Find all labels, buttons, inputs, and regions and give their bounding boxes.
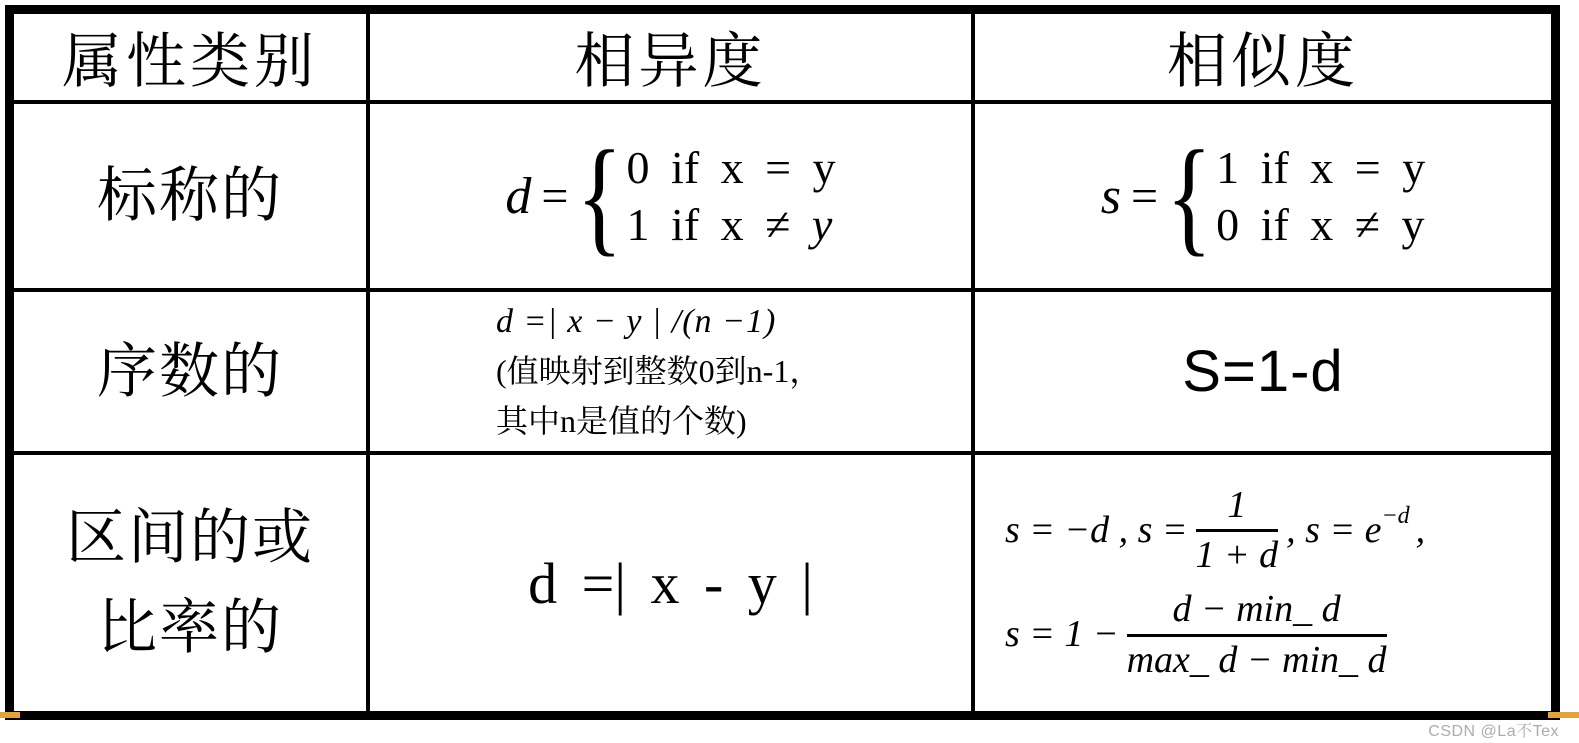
- sim-line1-part1: s = −d , s =: [1005, 509, 1188, 553]
- header-dissimilarity: 相异度: [370, 14, 975, 104]
- row-interval-ratio-label-cell: 区间的或 比率的: [14, 455, 370, 711]
- header-attribute-type-label: 属性类别: [62, 14, 318, 100]
- ordinal-similarity-formula: S=1-d: [1182, 338, 1343, 405]
- interval-ratio-dissimilarity-formula: d =| x - y |: [528, 550, 813, 617]
- row-interval-ratio-similarity-cell: s = −d , s = 1 1 + d , s = e −d , s = 1 …: [975, 455, 1551, 711]
- case-bottom-var: y: [812, 199, 832, 250]
- ordinal-dissimilarity-formula: d =| x − y | /(n −1): [496, 296, 776, 347]
- fraction-denominator: max_ d − min_ d: [1127, 637, 1387, 683]
- fraction-numerator: d − min_ d: [1127, 588, 1387, 637]
- slide: 属性类别 相异度 相似度 标称的 d = { 0 if x = y 1 if x…: [0, 0, 1579, 743]
- sim-line1-part2: , s = e: [1286, 509, 1381, 553]
- fraction-denominator: 1 + d: [1196, 532, 1279, 578]
- case-top: 0 if x = y: [627, 139, 836, 197]
- header-similarity: 相似度: [975, 14, 1551, 104]
- header-similarity-label: 相似度: [1167, 14, 1359, 100]
- cases-lines: 1 if x = y 0 if x ≠ y: [1216, 139, 1425, 254]
- row-ordinal-dissimilarity-cell: d =| x − y | /(n −1) (值映射到整数0到n-1， 其中n是值…: [370, 292, 975, 455]
- interval-ratio-similarity-line2: s = 1 − d − min_ d max_ d − min_ d: [1005, 588, 1395, 682]
- row-ordinal-label: 序数的: [97, 327, 283, 417]
- cases-brace: {: [576, 131, 622, 261]
- row-nominal-label: 标称的: [97, 151, 283, 241]
- formula-equals: =: [1131, 169, 1158, 224]
- header-attribute-type: 属性类别: [14, 14, 370, 104]
- row-interval-ratio-dissimilarity-cell: d =| x - y |: [370, 455, 975, 711]
- case-bottom: 0 if x ≠ y: [1216, 196, 1425, 254]
- formula-lhs: s: [1101, 167, 1121, 226]
- case-bottom: 1 if x ≠ y: [627, 196, 836, 254]
- csdn-watermark: CSDN @La不Tex: [1428, 718, 1559, 741]
- case-top: 1 if x = y: [1216, 139, 1425, 197]
- ordinal-dissimilarity-note-line2: 其中n是值的个数): [496, 397, 747, 447]
- formula-equals: =: [541, 169, 568, 224]
- cases-brace: {: [1166, 131, 1212, 261]
- cases-lines: 0 if x = y 1 if x ≠ y: [627, 139, 836, 254]
- row-nominal-dissimilarity-cell: d = { 0 if x = y 1 if x ≠ y: [370, 104, 975, 292]
- formula-lhs: d: [505, 167, 531, 226]
- attribute-similarity-table: 属性类别 相异度 相似度 标称的 d = { 0 if x = y 1 if x…: [5, 5, 1560, 720]
- fraction-1-over-1-plus-d: 1 1 + d: [1196, 484, 1279, 578]
- sim-line1-part3: ,: [1416, 509, 1426, 553]
- row-nominal-similarity-cell: s = { 1 if x = y 0 if x ≠ y: [975, 104, 1551, 292]
- row-ordinal-label-cell: 序数的: [14, 292, 370, 455]
- row-nominal-label-cell: 标称的: [14, 104, 370, 292]
- nominal-dissimilarity-formula: d = { 0 if x = y 1 if x ≠ y: [505, 139, 835, 254]
- row-interval-ratio-label-line1: 区间的或: [66, 493, 314, 583]
- ordinal-dissimilarity-note-line1: (值映射到整数0到n-1，: [496, 347, 821, 397]
- slide-accent-line-left: [0, 712, 20, 718]
- header-dissimilarity-label: 相异度: [575, 14, 767, 100]
- sim-line2-part1: s = 1 −: [1005, 613, 1119, 657]
- nominal-similarity-formula: s = { 1 if x = y 0 if x ≠ y: [1101, 139, 1425, 254]
- row-interval-ratio-label-line2: 比率的: [97, 583, 283, 673]
- row-ordinal-similarity-cell: S=1-d: [975, 292, 1551, 455]
- fraction-min-max-normalization: d − min_ d max_ d − min_ d: [1127, 588, 1387, 682]
- fraction-numerator: 1: [1196, 484, 1279, 533]
- exponent-minus-d: −d: [1381, 503, 1409, 531]
- interval-ratio-similarity-line1: s = −d , s = 1 1 + d , s = e −d ,: [1005, 484, 1425, 578]
